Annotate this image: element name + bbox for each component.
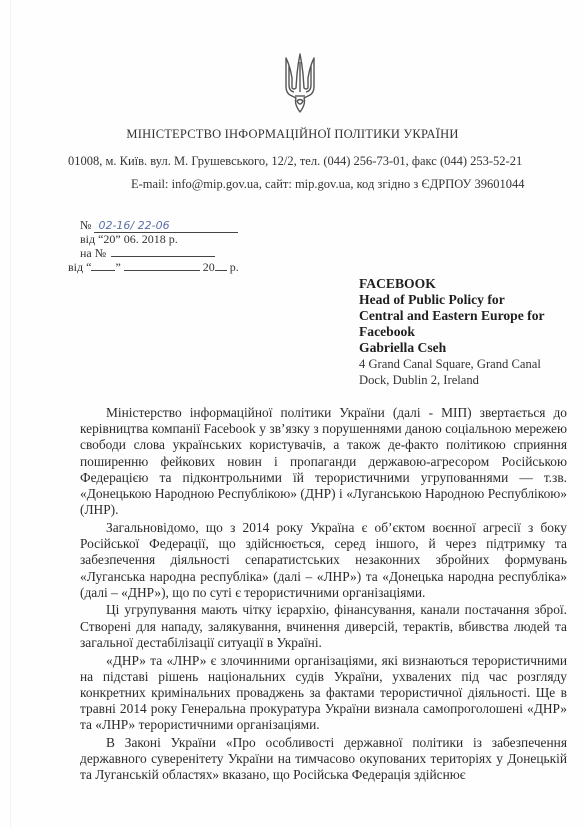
reference-year: 20 (203, 260, 215, 274)
outgoing-date: від “20” 06. 2018 р. (80, 232, 239, 246)
reference-number-blank (111, 246, 215, 257)
ministry-contacts: E-mail: info@mip.gov.ua, сайт: mip.gov.u… (131, 177, 585, 192)
reference-label: на № (80, 246, 106, 260)
body-paragraph: Загальновідомо, що з 2014 року Україна є… (80, 520, 567, 601)
reference-year-blank (215, 260, 227, 271)
recipient-company: FACEBOOK (359, 276, 579, 292)
body-paragraph: Міністерство інформаційної політики Укра… (80, 405, 567, 518)
recipient-address-line-2: Dock, Dublin 2, Ireland (359, 372, 579, 388)
reference-year-suffix: р. (230, 260, 239, 274)
scan-edge (10, 0, 11, 827)
reference-number-row: на № (80, 246, 239, 260)
ukraine-trident-emblem-icon (282, 52, 318, 114)
reference-date-prefix: від “ (68, 260, 91, 274)
recipient-title-line-3: Facebook (359, 324, 579, 340)
recipient-title-line-2: Central and Eastern Europe for (359, 308, 579, 324)
recipient-address-line-1: 4 Grand Canal Square, Grand Canal (359, 356, 579, 372)
reference-date-mid: ” (115, 260, 120, 274)
recipient-name: Gabriella Cseh (359, 340, 579, 356)
recipient-block: FACEBOOK Head of Public Policy for Centr… (359, 276, 579, 388)
reference-day-blank (91, 260, 115, 271)
body-paragraph: Ці угрупування мають чітку ієрархію, фін… (80, 602, 567, 651)
registration-block: № 02-16/ 22-06 від “20” 06. 2018 р. на №… (80, 218, 239, 274)
reference-month-blank (124, 260, 200, 271)
recipient-title-line-1: Head of Public Policy for (359, 292, 579, 308)
outgoing-number-row: № 02-16/ 22-06 (80, 218, 239, 232)
body-paragraph: В Законі України «Про особливості держав… (80, 735, 567, 784)
body-paragraph: «ДНР» та «ЛНР» є злочинними організаціям… (80, 653, 567, 734)
letter-page: МІНІСТЕРСТВО ІНФОРМАЦІЙНОЇ ПОЛІТИКИ УКРА… (0, 0, 585, 827)
letter-body: Міністерство інформаційної політики Укра… (80, 405, 567, 785)
ministry-name: МІНІСТЕРСТВО ІНФОРМАЦІЙНОЇ ПОЛІТИКИ УКРА… (0, 127, 585, 142)
reference-date-row: від “” 20 р. (68, 260, 239, 274)
number-label: № (80, 218, 91, 232)
ministry-address: 01008, м. Київ. вул. М. Грушевського, 12… (68, 154, 585, 169)
